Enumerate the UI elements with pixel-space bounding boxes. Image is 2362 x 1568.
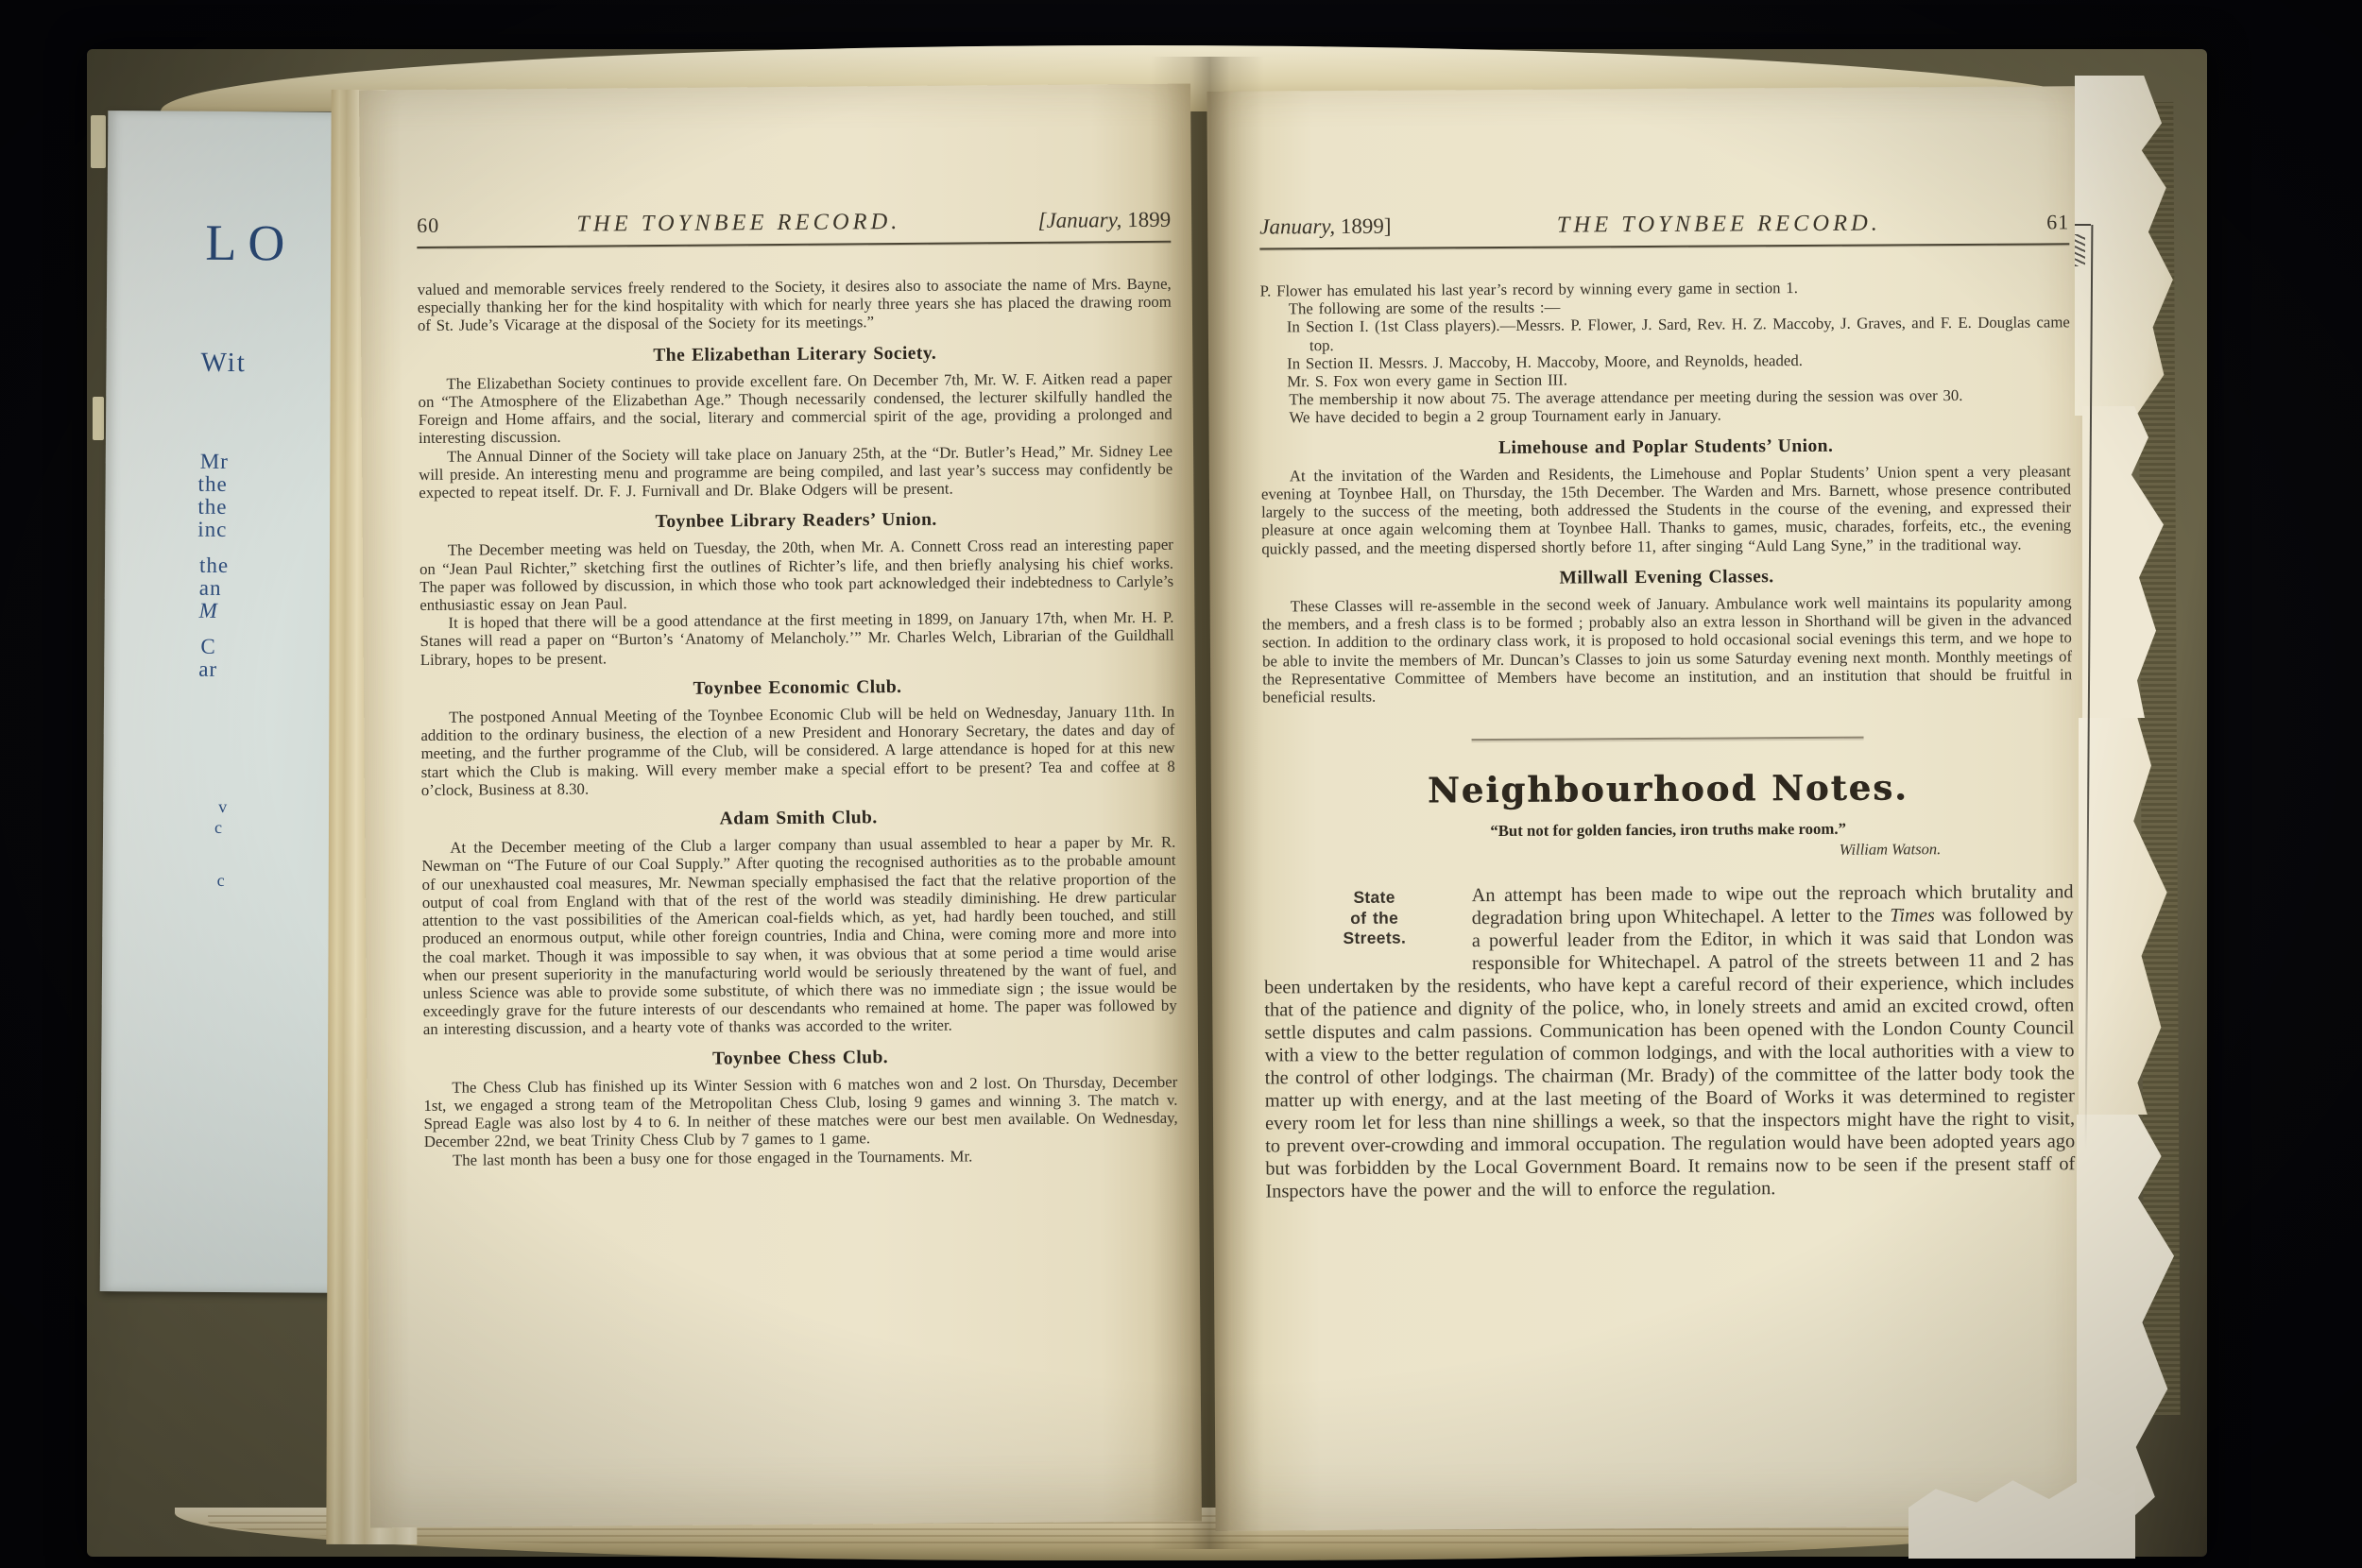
section-paragraph: These Classes will re-assemble in the se… — [1262, 592, 2073, 706]
issue-date-year: 1899 — [1121, 208, 1171, 231]
section-heading: Adam Smith Club. — [421, 807, 1175, 830]
page-number: 60 — [417, 213, 439, 238]
right-page: January, 1899] THE TOYNBEE RECORD. 61 P.… — [1207, 86, 2096, 1531]
left-page-body: valued and memorable services freely ren… — [418, 275, 1178, 1169]
section-paragraph: The postponed Annual Meeting of the Toyn… — [420, 703, 1175, 799]
insert-text-fragment: the — [198, 472, 228, 497]
issue-date: [January, 1899 — [1037, 208, 1171, 233]
section-heading: The Elizabethan Literary Society. — [418, 342, 1172, 366]
photo-background: LO Wit Mr the the inc the an M C ar v c … — [0, 0, 2362, 1568]
section-heading: Toynbee Library Readers’ Union. — [419, 509, 1173, 533]
insert-text-fragment: Mr — [200, 450, 229, 474]
right-page-body: P. Flower has emulated his last year’s r… — [1260, 277, 2073, 706]
section-paragraph: It is hoped that there will be a good at… — [419, 608, 1173, 669]
times-newspaper-name: Times — [1890, 905, 1935, 926]
head-rule — [1259, 243, 2069, 249]
insert-text-fragment: LO — [205, 213, 296, 273]
running-head: January, 1899] THE TOYNBEE RECORD. 61 — [1259, 209, 2069, 240]
insert-text-fragment: v — [218, 797, 227, 817]
insert-text-fragment: c — [217, 871, 225, 891]
torn-page-print-mark — [2075, 234, 2085, 266]
issue-date-year: 1899] — [1335, 214, 1392, 238]
cover-chip — [93, 397, 104, 440]
section-heading: Millwall Evening Classes. — [1261, 566, 2071, 588]
issue-date-month: January, — [1259, 214, 1335, 238]
sidenote: State of the Streets. — [1319, 888, 1430, 949]
issue-date-month: [January, — [1037, 208, 1121, 232]
neighbourhood-notes-body: State of the Streets. An attempt has bee… — [1263, 881, 2075, 1203]
epigraph-attribution: William Watson. — [1263, 840, 1941, 862]
neighbourhood-notes-heading: Neighbourhood Notes. — [1263, 766, 2073, 812]
insert-text-fragment: Wit — [200, 348, 247, 379]
section-paragraph: The December meeting was held on Tuesday… — [419, 536, 1174, 614]
page-number: 61 — [2046, 210, 2069, 234]
section-heading: Limehouse and Poplar Students’ Union. — [1261, 435, 2071, 458]
insert-text-fragment: the — [199, 554, 229, 578]
sidenote-line: State — [1319, 888, 1430, 909]
section-paragraph: The Elizabethan Society continues to pro… — [418, 369, 1172, 448]
section-heading: Toynbee Chess Club. — [423, 1046, 1177, 1069]
insert-text-fragment: C — [200, 635, 216, 659]
epigraph-quote: “But not for golden fancies, iron truths… — [1263, 819, 2073, 843]
insert-text-fragment: the — [197, 495, 227, 520]
result-line: In Section I. (1st Class players).—Messr… — [1260, 314, 2070, 355]
insert-page: LO Wit Mr the the inc the an M C ar v c … — [100, 111, 362, 1293]
section-divider — [1472, 737, 1864, 741]
sidenote-line: of the — [1319, 908, 1430, 929]
section-paragraph: The Annual Dinner of the Society will ta… — [419, 441, 1172, 502]
section-paragraph: At the invitation of the Warden and Resi… — [1261, 462, 2072, 557]
head-rule — [417, 241, 1171, 248]
insert-text-fragment: ar — [198, 657, 217, 682]
section-paragraph: The Chess Club has finished up its Winte… — [423, 1072, 1178, 1150]
issue-date: January, 1899] — [1259, 214, 1391, 240]
left-page: 60 THE TOYNBEE RECORD. [January, 1899 va… — [359, 84, 1202, 1528]
section-paragraph: At the December meeting of the Club a la… — [421, 833, 1177, 1038]
journal-title: THE TOYNBEE RECORD. — [576, 209, 900, 238]
running-head: 60 THE TOYNBEE RECORD. [January, 1899 — [417, 207, 1171, 239]
cover-chip — [91, 115, 106, 168]
section-heading: Toynbee Economic Club. — [420, 676, 1174, 700]
insert-text-fragment: M — [199, 599, 218, 623]
sidenote-container: State of the Streets. — [1263, 884, 1471, 955]
insert-text-fragment: an — [199, 576, 222, 601]
insert-text-fragment: c — [214, 818, 222, 838]
continuation-paragraph: valued and memorable services freely ren… — [418, 275, 1172, 335]
torn-page-print-border — [2075, 224, 2091, 226]
section-paragraph: We have decided to begin a 2 group Tourn… — [1260, 404, 2070, 427]
sidenote-line: Streets. — [1319, 929, 1430, 949]
journal-title: THE TOYNBEE RECORD. — [1557, 211, 1881, 239]
insert-text-fragment: inc — [197, 518, 227, 542]
